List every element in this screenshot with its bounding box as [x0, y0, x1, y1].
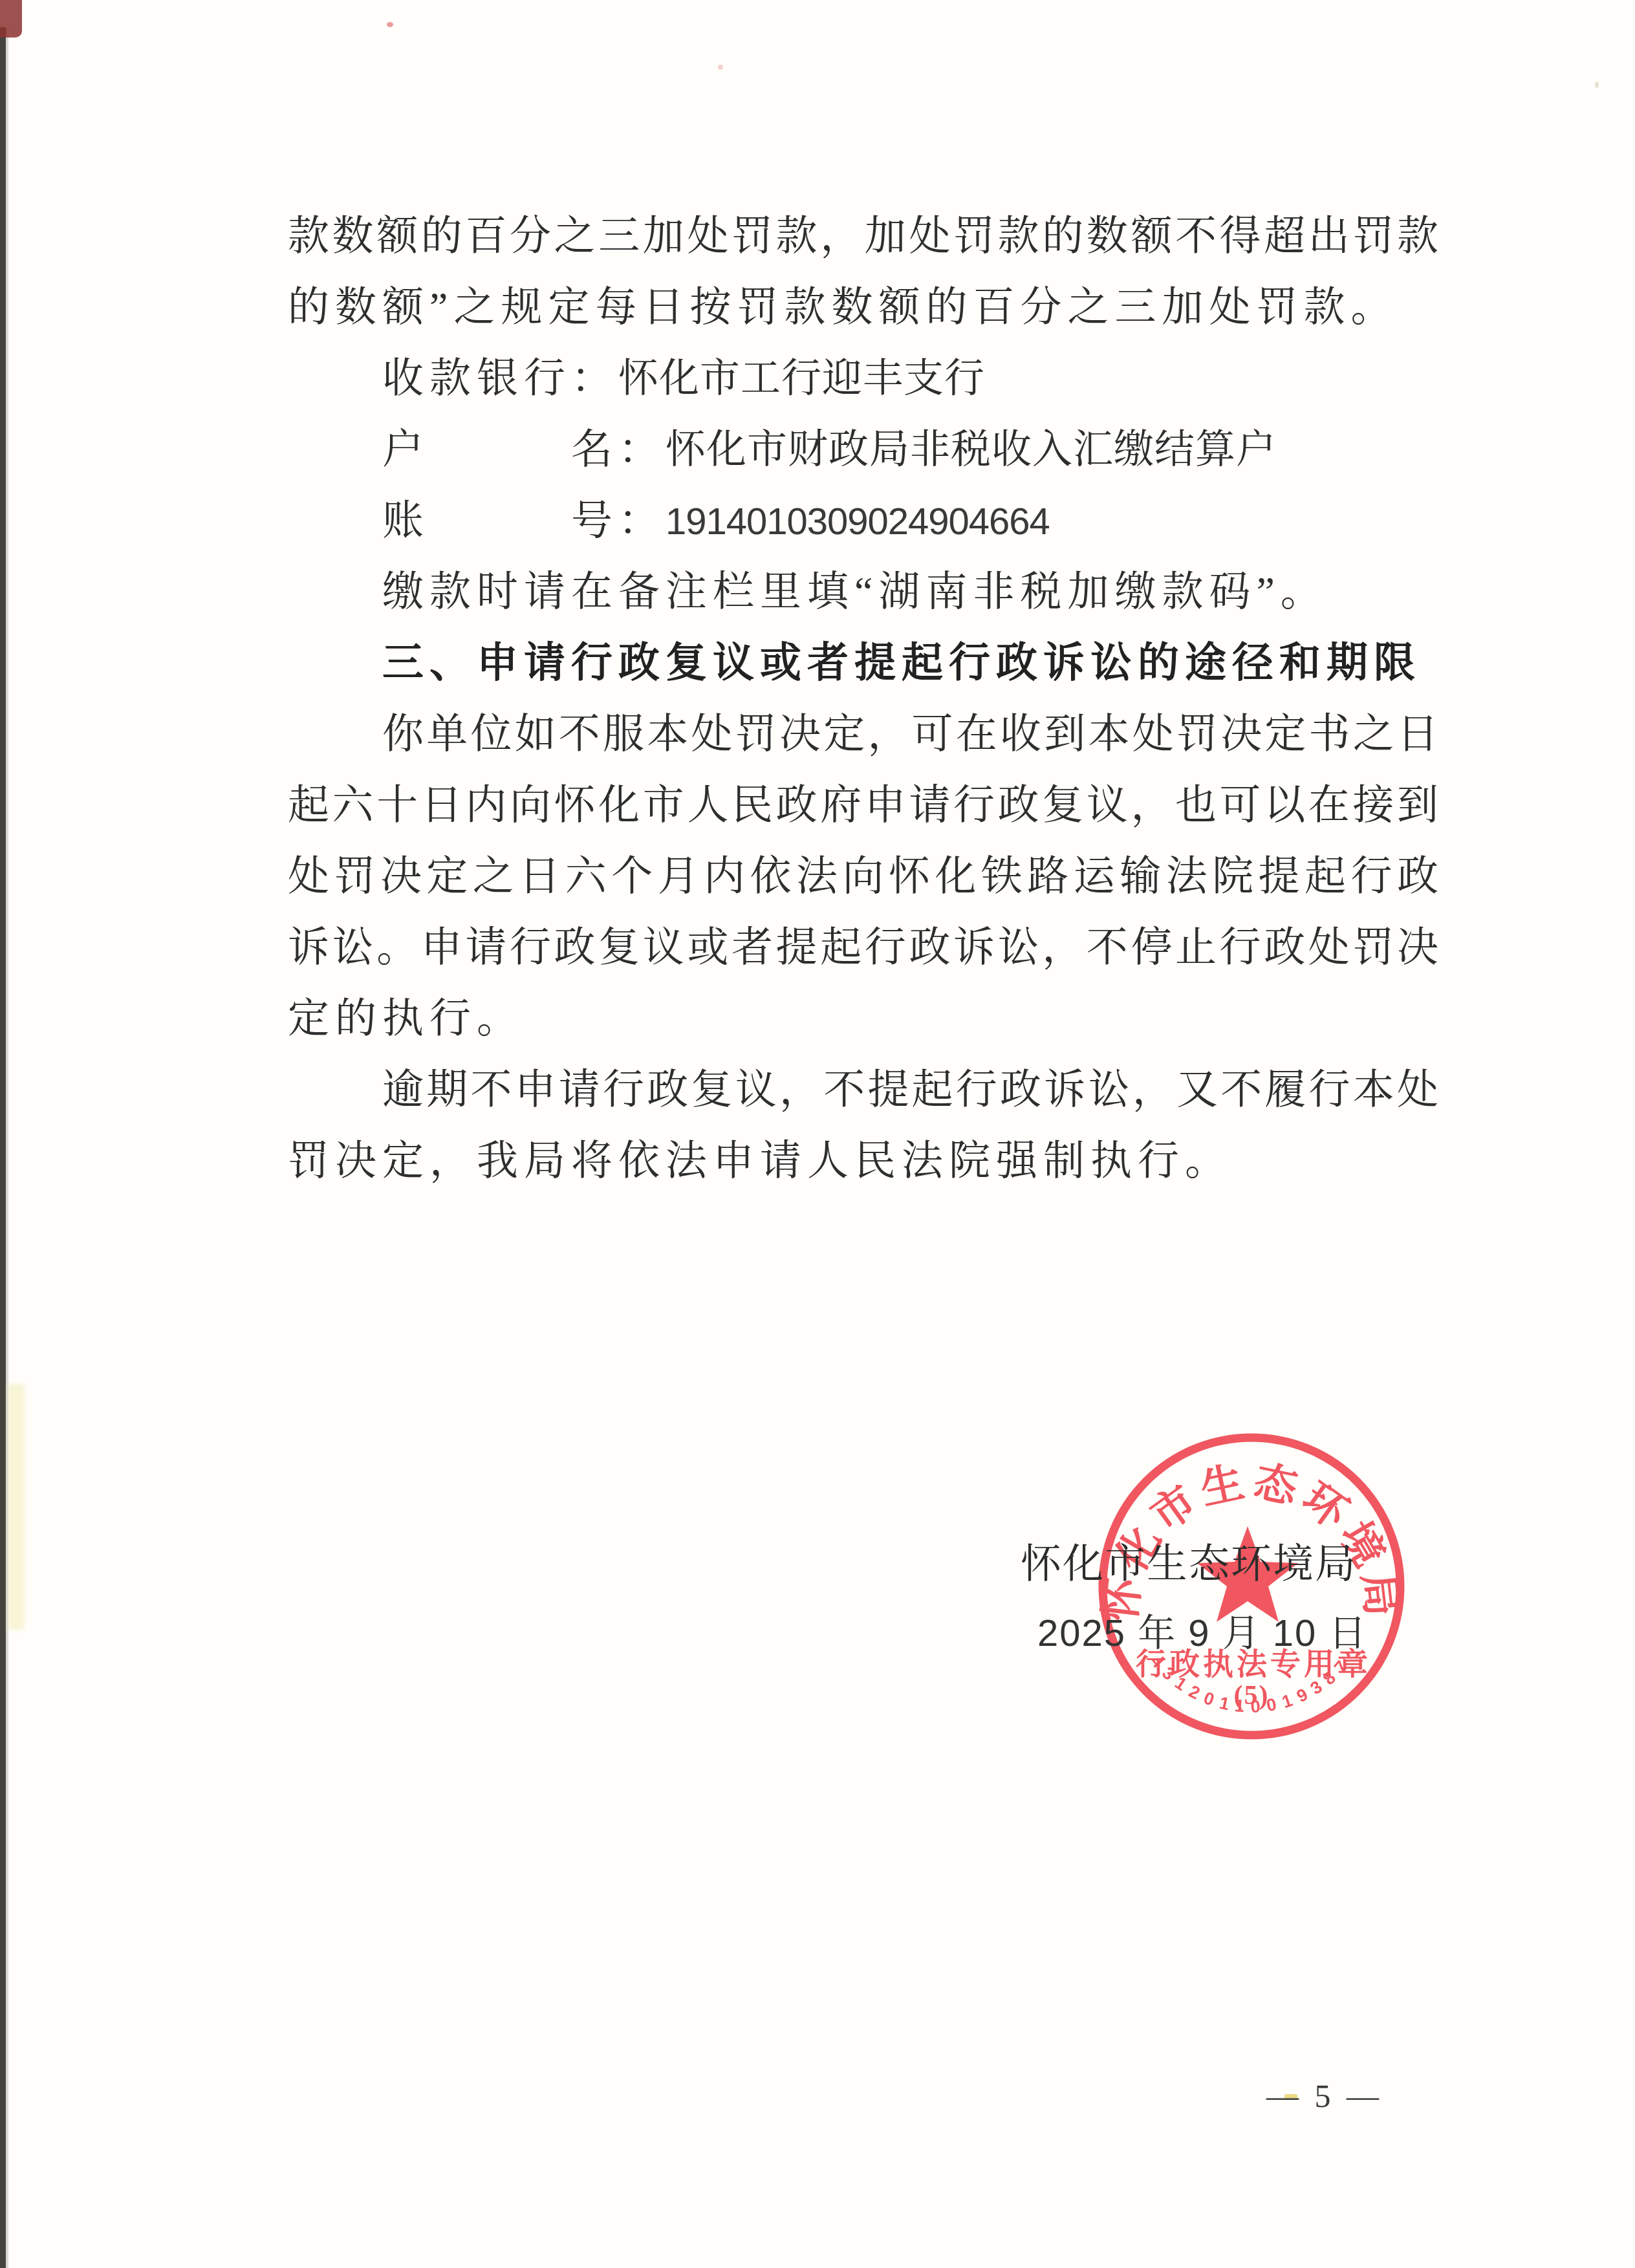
document-text-line: 诉讼。申请行政复议或者提起行政诉讼，不停止行政处罚决 [288, 912, 1439, 983]
signature-agency-name: 怀化市生态环境局 [1021, 1538, 1383, 1590]
scan-speck [718, 65, 723, 70]
scan-edge-strip [0, 27, 6, 2268]
document-text-line: 你单位如不服本处罚决定，可在收到本处罚决定书之日 [288, 698, 1439, 770]
scan-yellow-streak [8, 1384, 25, 1630]
document-text-line: 罚决定，我局将依法申请人民法院强制执行。 [288, 1125, 1439, 1196]
document-text-line: 起六十日内向怀化市人民政府申请行政复议，也可以在接到 [288, 770, 1439, 841]
document-text-line: 定的执行。 [288, 983, 1439, 1054]
document-text-line: 收款银行：怀化市工行迎丰支行 [288, 343, 1439, 414]
document-text-line: 款数额的百分之三加处罚款，加处罚款的数额不得超出罚款 [288, 200, 1439, 272]
scanned-document-page: 款数额的百分之三加处罚款，加处罚款的数额不得超出罚款的数额”之规定每日按罚款数额… [0, 0, 1635, 2268]
scan-speck [1595, 81, 1599, 88]
document-text-line: 处罚决定之日六个月内依法向怀化铁路运输法院提起行政 [288, 841, 1439, 912]
scan-speck [387, 22, 393, 27]
scan-edge-shadow [6, 27, 8, 2268]
document-text-line: 逾期不申请行政复议，不提起行政诉讼，又不履行本处 [288, 1054, 1439, 1125]
signature-date: 2025 年 9 月 10 日 [1037, 1608, 1400, 1659]
document-text-line: 三、申请行政复议或者提起行政诉讼的途径和期限 [288, 627, 1439, 698]
scan-corner-mark [0, 0, 22, 38]
document-text-line: 缴款时请在备注栏里填“湖南非税加缴款码”。 [288, 556, 1439, 627]
page-number: — 5 — [1266, 2077, 1383, 2115]
document-text-line: 账 号：1914010309024904664 [288, 485, 1439, 556]
document-text-line: 户 名：怀化市财政局非税收入汇缴结算户 [288, 414, 1439, 485]
document-text-line: 的数额”之规定每日按罚款数额的百分之三加处罚款。 [288, 272, 1439, 343]
document-body: 款数额的百分之三加处罚款，加处罚款的数额不得超出罚款的数额”之规定每日按罚款数额… [288, 200, 1439, 1196]
